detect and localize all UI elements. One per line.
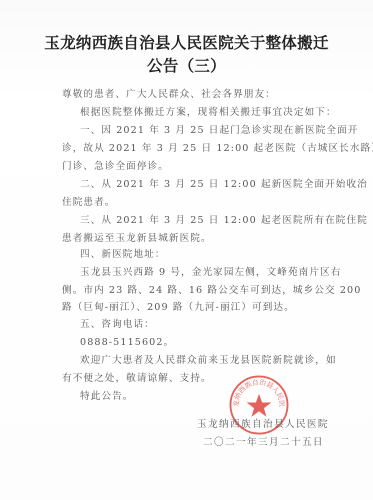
item-2-line-1: 二、从 2021 年 3 月 25 日 12:00 起新医院全面开始收治 — [80, 178, 320, 191]
signature-date: 二〇二一年三月二十五日 — [203, 434, 324, 448]
item-1-line-2: 诊，故从 2021 年 3 月 25 日 12:00 起老医院（古城区长水路） — [62, 142, 320, 155]
item-3-line-1: 三、从 2021 年 3 月 25 日 12:00 起老医院所有在院住院 — [80, 214, 320, 227]
document-subtitle: 公告（三） — [0, 54, 373, 76]
closing-line-1: 欢迎广大患者及人民群众前来玉龙县医院新院就诊，如 — [80, 354, 320, 367]
announcement-page: 玉龙纳西族自治县人民医院关于整体搬迁 公告（三） 尊敬的患者、广大人民群众、社会… — [0, 0, 373, 500]
item-2-line-2: 住院患者。 — [62, 196, 320, 209]
phone-number: 0888-5115602。 — [80, 336, 320, 349]
item-3-line-2: 患者搬运至玉龙新县城新医院。 — [62, 232, 320, 245]
item-1-line-3: 门诊、急诊全面停诊。 — [62, 160, 320, 173]
intro-paragraph: 根据医院整体搬迁方案，现将相关搬迁事宜决定如下： — [80, 106, 320, 119]
signature-organization: 玉龙纳西族自治县人民医院 — [197, 416, 329, 430]
item-4-heading: 四、新医院地址： — [80, 248, 320, 261]
document-title: 玉龙纳西族自治县人民医院关于整体搬迁 — [0, 31, 373, 53]
item-5-heading: 五、咨询电话： — [80, 318, 320, 331]
item-4-line-2: 侧。市内 23 路、24 路、16 路公交车可到达，城乡公交 200 — [62, 284, 320, 297]
salutation: 尊敬的患者、广大人民群众、社会各界朋友： — [62, 88, 320, 101]
item-4-line-3: 路（巨甸-丽江）、209 路（九河-丽江）可到达。 — [62, 301, 320, 314]
item-1-line-1: 一、因 2021 年 3 月 25 日起门急诊实现在新医院全面开 — [80, 124, 320, 137]
item-4-line-1: 玉龙县玉兴西路 9 号，金光家园左侧，文峰苑南片区右 — [80, 266, 320, 279]
